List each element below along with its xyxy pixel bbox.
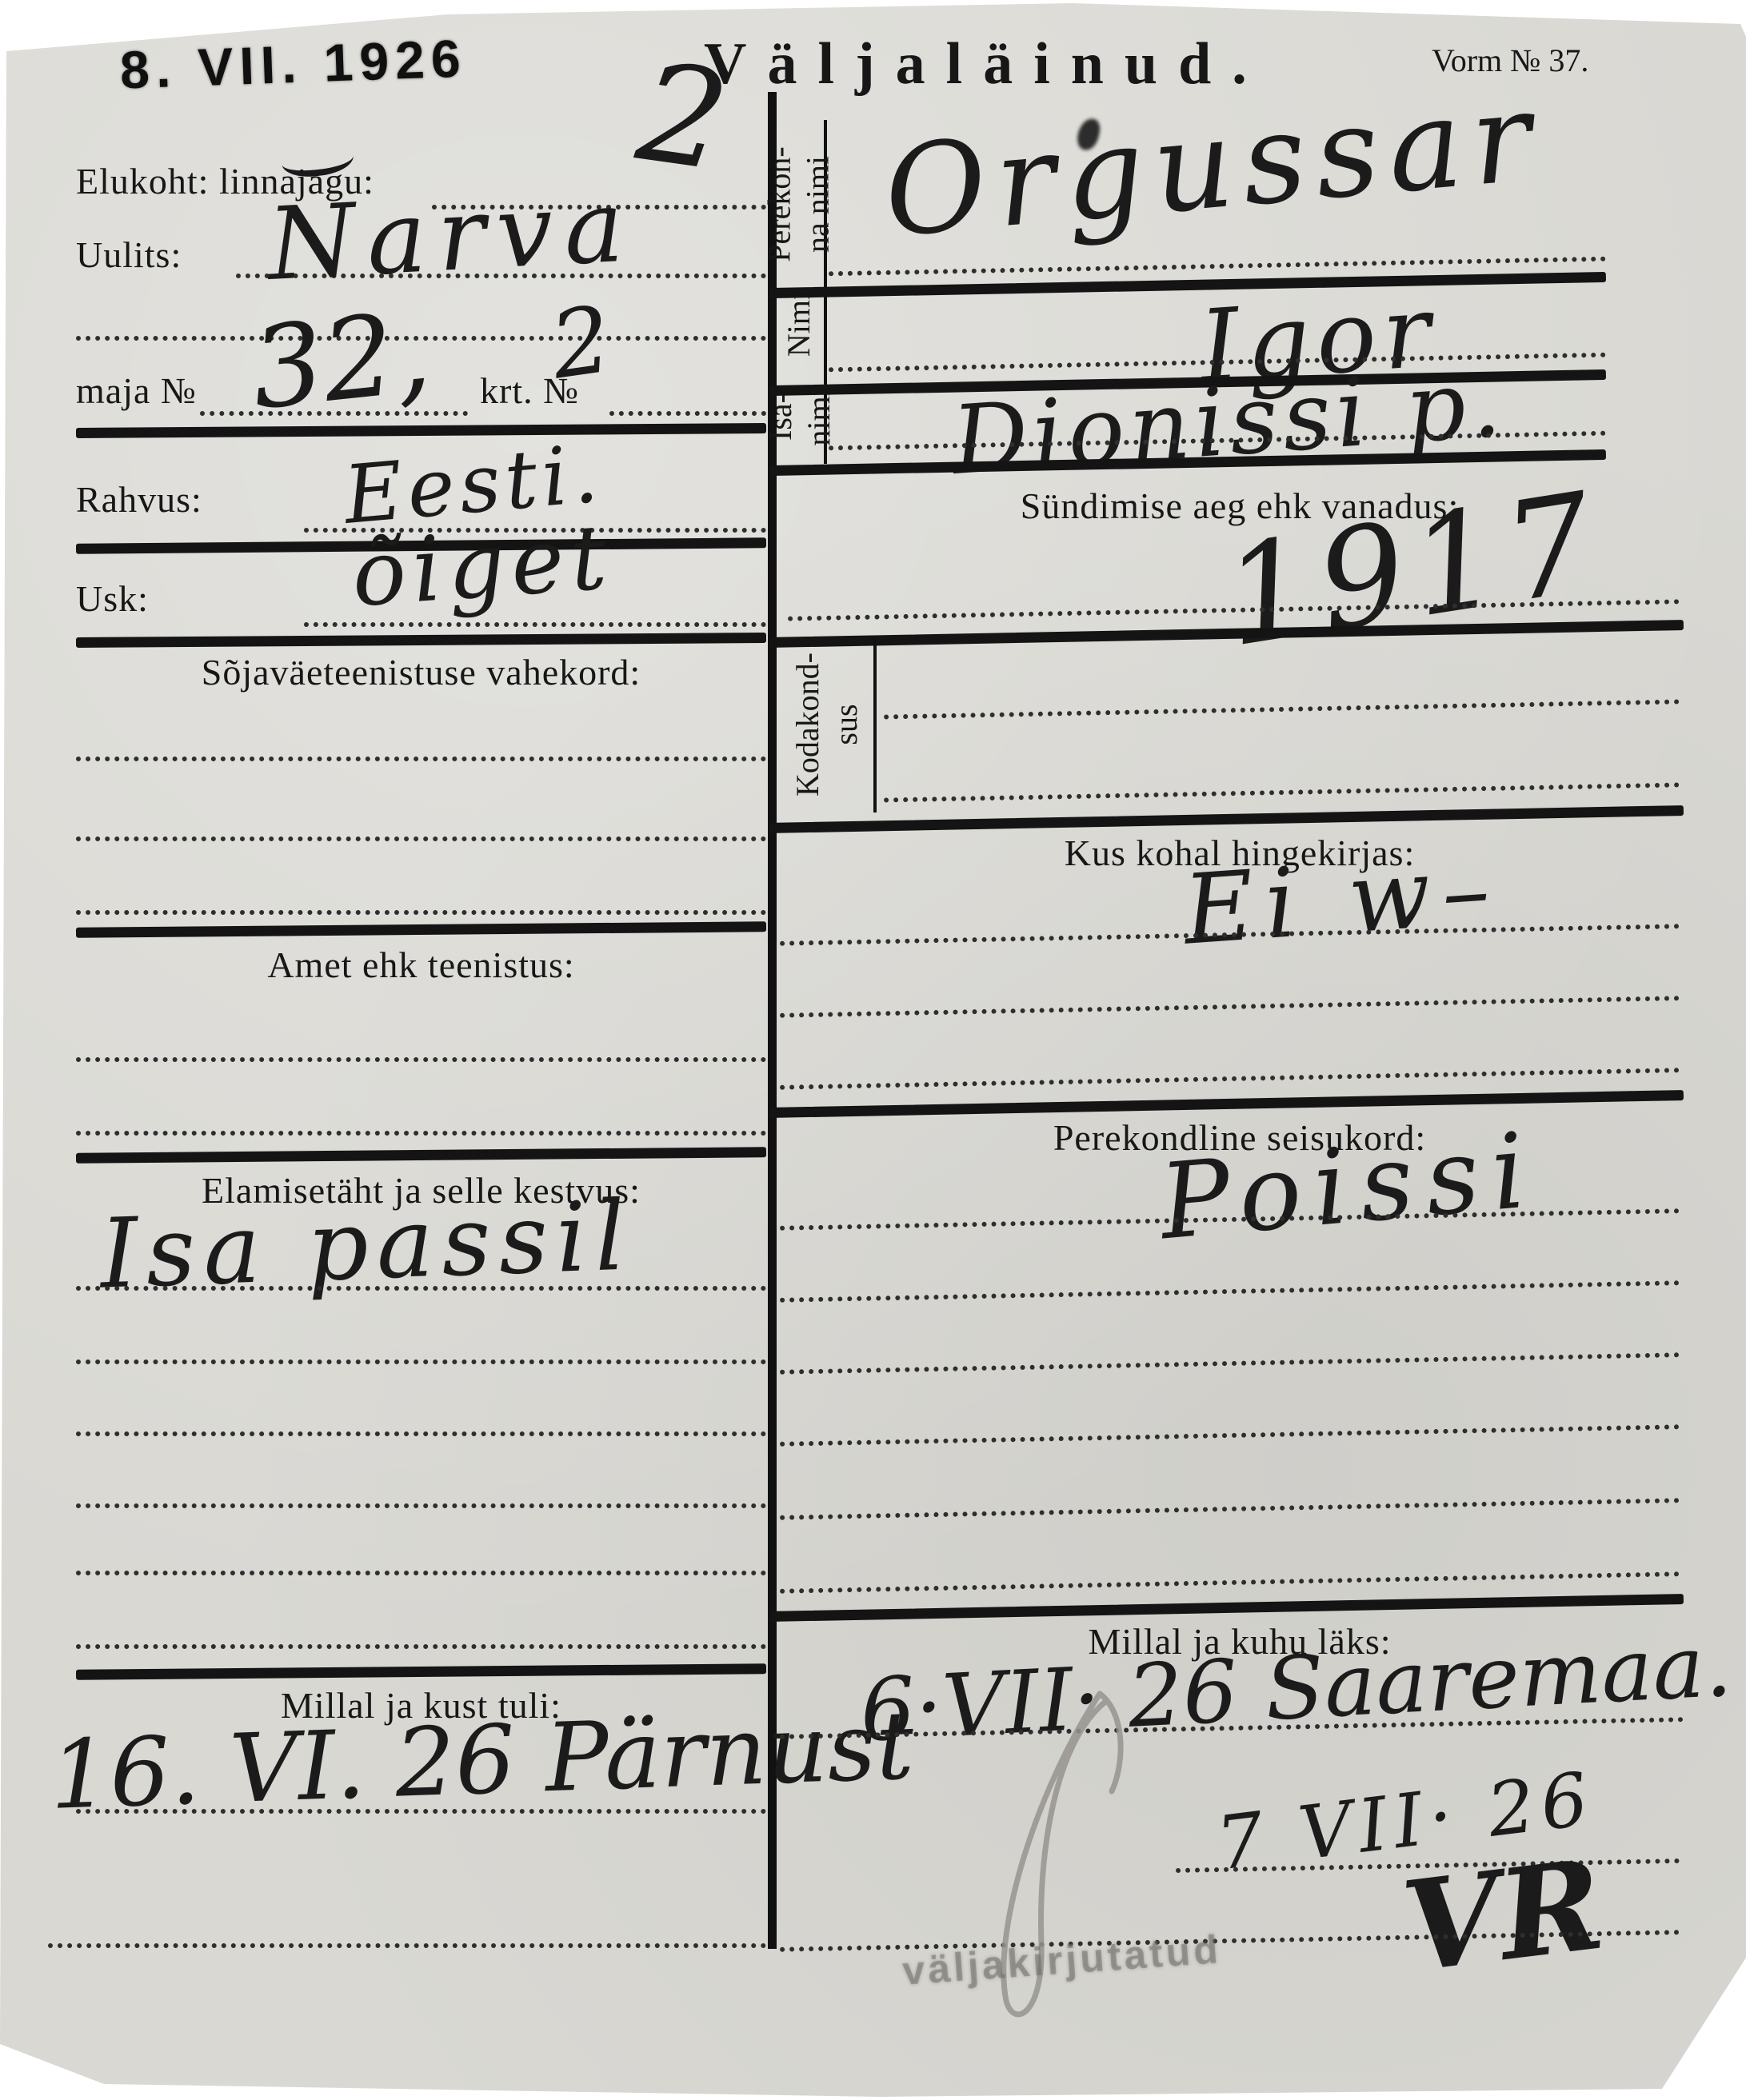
dotted-line (780, 1280, 1680, 1303)
section-divider (769, 1090, 1684, 1118)
handwriting-maja-nr: 32, (246, 297, 435, 427)
row-label-kodakondsus: Kodakond- sus (789, 621, 862, 828)
dotted-line (884, 699, 1680, 719)
dotted-line (76, 1286, 766, 1291)
dotted-line (48, 1943, 766, 1948)
dotted-line (780, 1498, 1680, 1520)
section-divider (769, 1594, 1684, 1622)
dotted-line (780, 1352, 1680, 1375)
dotted-line (780, 1424, 1680, 1447)
handwriting-hingekirjas: Ei w– (1181, 841, 1504, 959)
section-divider (769, 272, 1606, 298)
handwriting-uulits: Narva (266, 176, 637, 295)
field-label-uulits: Uulits: (76, 234, 182, 276)
handwriting-seisukord: Poissi (1156, 1118, 1542, 1255)
section-divider (76, 1147, 766, 1164)
section-divider (769, 805, 1684, 833)
page-title: Väljaläinud. (704, 30, 1268, 98)
dotted-line (76, 1644, 766, 1649)
field-label-maja: maja № (76, 369, 197, 412)
dotted-line (76, 1057, 766, 1062)
dotted-line (884, 782, 1680, 802)
field-label-usk: Usk: (76, 577, 149, 620)
handwriting-millal-tuli: 16. VI. 26 Pärnust (48, 1698, 915, 1823)
section-heading-amet: Amet ehk teenistus: (76, 944, 766, 986)
dotted-line (76, 1571, 766, 1575)
label-strip-divider (873, 638, 877, 812)
section-divider (76, 423, 766, 438)
dotted-line (780, 1068, 1680, 1090)
dotted-line (76, 757, 766, 761)
section-heading-sojavae: Sõjaväeteenistuse vahekord: (76, 651, 766, 693)
dotted-line (76, 836, 766, 841)
section-divider (769, 620, 1684, 648)
paper-sheet: 8. VII. 1926 Väljaläinud. Vorm № 37. Elu… (0, 0, 1746, 2100)
section-divider (76, 1663, 766, 1680)
row-label-perekonnanimi: Perekon- na nimi (761, 117, 837, 293)
dotted-line (780, 1571, 1680, 1594)
handwriting-elukoht: 2 (631, 44, 736, 190)
handwriting-krt-nr: 2 (545, 293, 616, 393)
date-stamp: 8. VII. 1926 (119, 27, 468, 100)
dotted-line (609, 411, 766, 416)
dotted-line (76, 1809, 766, 1814)
dotted-line (76, 910, 766, 915)
dotted-line (76, 1131, 766, 1136)
handwriting-initials: VR (1396, 1842, 1609, 1989)
dotted-line (76, 1431, 766, 1436)
field-label-rahvus: Rahvus: (76, 478, 202, 521)
handwriting-perekonnanimi: Orgussar (880, 74, 1545, 254)
section-divider (76, 633, 766, 648)
dotted-line (780, 996, 1680, 1018)
handwriting-usk: õiget (349, 513, 615, 620)
dotted-line (76, 1359, 766, 1364)
scanned-registration-card: 8. VII. 1926 Väljaläinud. Vorm № 37. Elu… (0, 0, 1746, 2100)
dotted-line (76, 1503, 766, 1508)
row-label-isanimi: Isa- nimi (761, 353, 835, 481)
section-divider (76, 921, 766, 938)
